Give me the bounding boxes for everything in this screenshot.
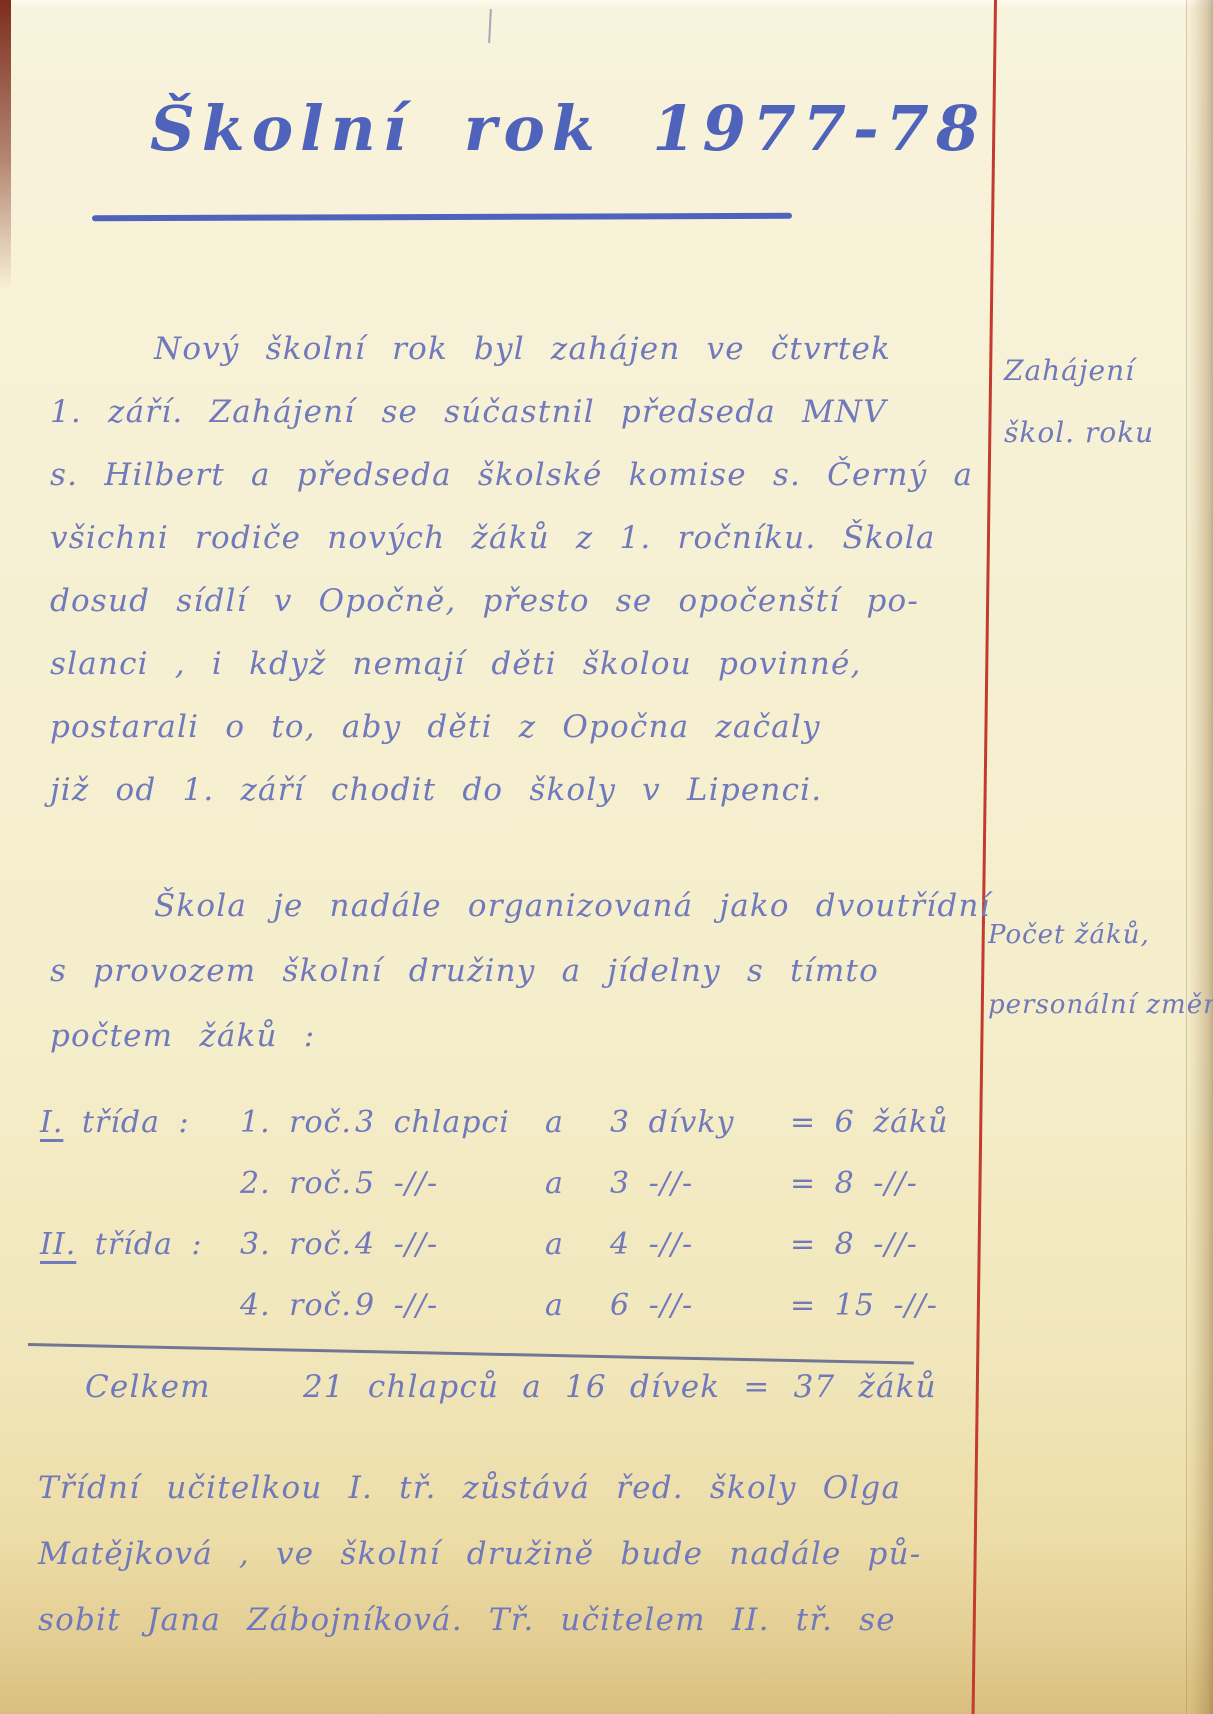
paragraph-teachers: Třídní učitelkou I. tř. zůstává řed. ško… — [38, 1455, 921, 1653]
red-margin-rule — [971, 0, 997, 1714]
text-line: postarali o to, aby děti z Opočna začaly — [50, 696, 973, 759]
table-row: 2. roč. 5 -//- a 3 -//- = 8 -//- — [40, 1153, 940, 1214]
grade-cell: 2. roč. — [240, 1153, 355, 1214]
title-underline — [92, 213, 792, 221]
stray-pen-mark — [488, 9, 492, 43]
grade-cell: 4. roč. — [240, 1275, 355, 1336]
conjunction-cell: a — [545, 1214, 610, 1275]
total-cell: = 6 žáků — [790, 1092, 949, 1153]
boys-cell: 5 -//- — [355, 1153, 545, 1214]
boys-cell: 9 -//- — [355, 1275, 545, 1336]
text-line: Škola je nadále organizovaná jako dvoutř… — [50, 874, 991, 939]
text-line: všichni rodiče nových žáků z 1. ročníku.… — [50, 507, 973, 570]
text-line: dosud sídlí v Opočně, přesto se opočenšt… — [50, 570, 973, 633]
girls-cell: 6 -//- — [610, 1275, 790, 1336]
page-right-edge — [1186, 0, 1213, 1714]
page-fold-line — [1186, 0, 1187, 1714]
margin-note-line: Zahájení — [1004, 340, 1154, 402]
text-line: s. Hilbert a předseda školské komise s. … — [50, 444, 973, 507]
paragraph-organization: Škola je nadále organizovaná jako dvoutř… — [50, 874, 991, 1069]
table-row: I. třída : 1. roč. 3 chlapci a 3 dívky =… — [40, 1092, 940, 1153]
binding-shadow — [0, 0, 11, 290]
text-line: Nový školní rok byl zahájen ve čtvrtek — [50, 318, 973, 381]
text-line: s provozem školní družiny a jídelny s tí… — [50, 939, 991, 1004]
conjunction-cell: a — [545, 1092, 610, 1153]
text-line: již od 1. září chodit do školy v Lipenci… — [50, 759, 973, 822]
text-line: Matějková , ve školní družině bude nadál… — [38, 1521, 921, 1587]
total-cell: = 15 -//- — [790, 1275, 940, 1336]
page-top-edge — [0, 0, 1213, 9]
class-cell: II. třída : — [40, 1214, 240, 1275]
margin-note-line: Počet žáků, — [988, 900, 1213, 970]
table-row: II. třída : 3. roč. 4 -//- a 4 -//- = 8 … — [40, 1214, 940, 1275]
margin-note-line: personální změny — [988, 970, 1213, 1040]
total-label: Celkem — [85, 1358, 303, 1416]
total-cell: = 8 -//- — [790, 1214, 940, 1275]
conjunction-cell: a — [545, 1275, 610, 1336]
margin-note-line: škol. roku — [1004, 402, 1154, 464]
margin-note-pocet-zaku: Počet žáků, personální změny — [988, 900, 1213, 1040]
class-cell: I. třída : — [40, 1092, 240, 1153]
text-line: Třídní učitelkou I. tř. zůstává řed. ško… — [38, 1455, 921, 1521]
chronicle-page: Školní rok 1977-78 Nový školní rok byl z… — [0, 0, 1213, 1714]
conjunction-cell: a — [545, 1153, 610, 1214]
text-line: 1. září. Zahájení se súčastnil předseda … — [50, 381, 973, 444]
text-line: slanci , i když nemají děti školou povin… — [50, 633, 973, 696]
margin-note-zahajeni: Zahájení škol. roku — [1004, 340, 1154, 464]
class-numeral: II. — [40, 1227, 76, 1262]
class-word: třída : — [76, 1227, 202, 1262]
pupil-count-table: I. třída : 1. roč. 3 chlapci a 3 dívky =… — [40, 1092, 940, 1336]
girls-cell: 3 dívky — [610, 1092, 790, 1153]
table-row: 4. roč. 9 -//- a 6 -//- = 15 -//- — [40, 1275, 940, 1336]
class-numeral: I. — [40, 1105, 63, 1140]
text-line: sobit Jana Zábojníková. Tř. učitelem II.… — [38, 1587, 921, 1653]
page-title: Školní rok 1977-78 — [150, 92, 986, 165]
paragraph-opening: Nový školní rok byl zahájen ve čtvrtek 1… — [50, 318, 973, 822]
boys-cell: 4 -//- — [355, 1214, 545, 1275]
total-cell: = 8 -//- — [790, 1153, 940, 1214]
total-text: 21 chlapců a 16 dívek = 37 žáků — [303, 1358, 937, 1416]
girls-cell: 4 -//- — [610, 1214, 790, 1275]
class-word: třída : — [63, 1105, 189, 1140]
boys-cell: 3 chlapci — [355, 1092, 545, 1153]
grade-cell: 1. roč. — [240, 1092, 355, 1153]
girls-cell: 3 -//- — [610, 1153, 790, 1214]
table-total-row: Celkem 21 chlapců a 16 dívek = 37 žáků — [85, 1358, 937, 1416]
text-line: počtem žáků : — [50, 1004, 991, 1069]
grade-cell: 3. roč. — [240, 1214, 355, 1275]
